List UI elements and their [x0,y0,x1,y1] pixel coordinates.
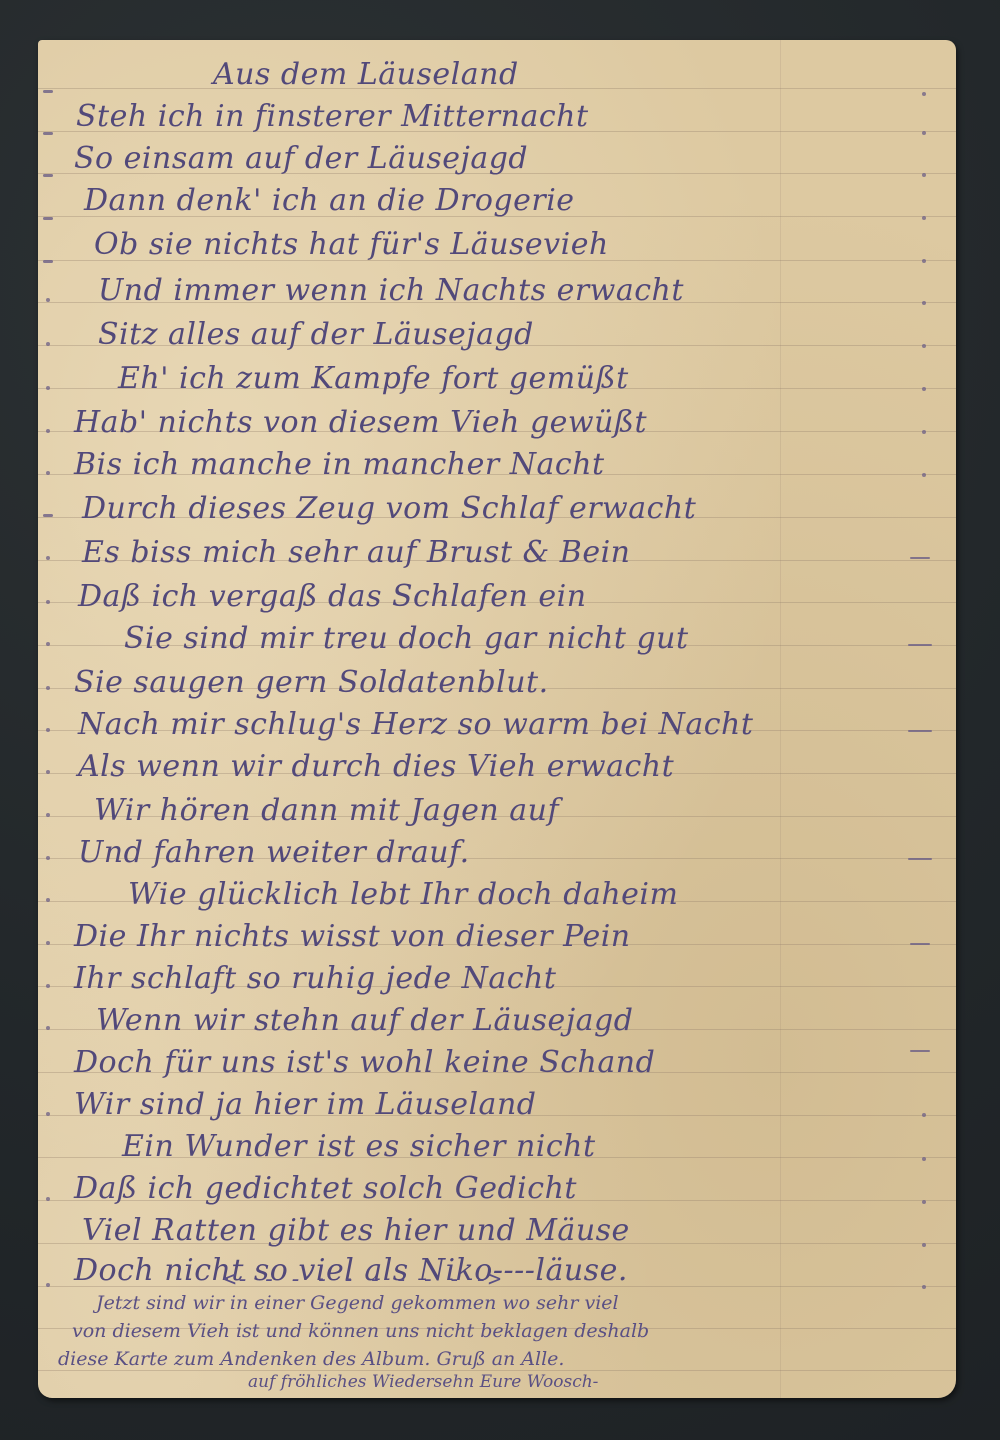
margin-dot [46,342,50,346]
poem-line: Durch dieses Zeug vom Schlaf erwacht [82,494,696,524]
margin-dot [46,1026,50,1030]
margin-mark [43,217,53,220]
poem-line: Die Ihr nichts wisst von dieser Pein [74,922,631,952]
double-arrow-annotation: <- - - - - - - - - -> [223,1272,608,1288]
margin-mark [43,260,53,263]
poem-line: Wie glücklich lebt Ihr doch daheim [128,880,678,910]
margin-dot [922,259,926,263]
signature-line: auf fröhliches Wiedersehn Eure Woosch- [248,1374,598,1391]
margin-dot [922,473,926,477]
postscript-line: von diesem Vieh ist und können uns nicht… [72,1322,649,1341]
margin-dot [46,728,50,732]
margin-dot [922,1157,926,1161]
poem-line: Wenn wir stehn auf der Läusejagd [96,1006,633,1036]
poem-line: Hab' nichts von diesem Vieh gewüßt [74,408,647,438]
margin-mark [43,90,53,93]
margin-dot [922,1243,926,1247]
poem-line: Daß ich gedichtet solch Gedicht [74,1174,577,1204]
margin-dot [46,1112,50,1116]
margin-dot [922,1200,926,1204]
poem-line: Bis ich manche in mancher Nacht [74,450,605,480]
margin-dot [922,216,926,220]
poem-line: Als wenn wir durch dies Vieh erwacht [78,752,674,782]
margin-mark [43,514,53,517]
poem-line: Es biss mich sehr auf Brust & Bein [82,538,631,568]
poem-line: Und immer wenn ich Nachts erwacht [98,276,684,306]
margin-dot [922,387,926,391]
poem-title: Aus dem Läuseland [213,60,519,90]
margin-dot [922,1285,926,1289]
margin-dot [46,642,50,646]
poem-line: Eh' ich zum Kampfe fort gemüßt [118,364,629,394]
margin-mark [910,943,930,945]
margin-dot [46,984,50,988]
margin-dot [922,131,926,135]
poem-line: Viel Ratten gibt es hier und Mäuse [82,1216,630,1246]
margin-dot [46,813,50,817]
poem-line: Ihr schlaft so ruhig jede Nacht [74,964,556,994]
margin-dot [46,1283,50,1287]
postscript-line: Jetzt sind wir in einer Gegend gekommen … [96,1294,619,1313]
poem-line: Wir sind ja hier im Läuseland [74,1090,536,1120]
margin-dot [922,301,926,305]
faint-vertical-rule [780,40,781,1398]
postcard: Aus dem Läuseland Steh ich in finsterer … [38,40,956,1398]
poem-line: Sitz alles auf der Läusejagd [98,320,534,350]
poem-line: Sie saugen gern Soldatenblut. [74,668,549,698]
margin-mark [908,858,932,860]
margin-mark [43,174,53,177]
poem-line: Sie sind mir treu doch gar nicht gut [124,624,689,654]
margin-dot [922,344,926,348]
margin-dot [46,298,50,302]
margin-dot [46,770,50,774]
poem-line: Daß ich vergaß das Schlafen ein [78,582,587,612]
margin-dot [922,92,926,96]
margin-mark [908,644,932,646]
margin-dot [46,556,50,560]
poem-line: Doch für uns ist's wohl keine Schand [74,1048,655,1078]
margin-dot [46,471,50,475]
margin-dot [46,941,50,945]
margin-dot [46,1197,50,1201]
margin-mark [43,132,53,135]
margin-dot [922,1113,926,1117]
margin-dot [922,173,926,177]
poem-line: Ob sie nichts hat für's Läusevieh [94,230,609,260]
margin-dot [46,898,50,902]
poem-line: Nach mir schlug's Herz so warm bei Nacht [78,710,753,740]
poem-line: Und fahren weiter drauf. [78,838,470,868]
poem-line: Steh ich in finsterer Mitternacht [76,102,589,132]
margin-dot [922,430,926,434]
margin-mark [910,557,930,559]
margin-mark [908,730,932,732]
poem-line: Ein Wunder ist es sicher nicht [122,1132,596,1162]
poem-line: Wir hören dann mit Jagen auf [94,796,559,826]
margin-dot [46,686,50,690]
poem-line: Dann denk' ich an die Drogerie [84,186,575,216]
margin-dot [46,429,50,433]
poem-line: So einsam auf der Läusejagd [74,144,528,174]
margin-dot [46,386,50,390]
ruled-line [38,1370,956,1371]
postscript-line: diese Karte zum Andenken des Album. Gruß… [58,1350,564,1369]
margin-dot [46,600,50,604]
margin-mark [910,1050,930,1052]
margin-dot [46,856,50,860]
